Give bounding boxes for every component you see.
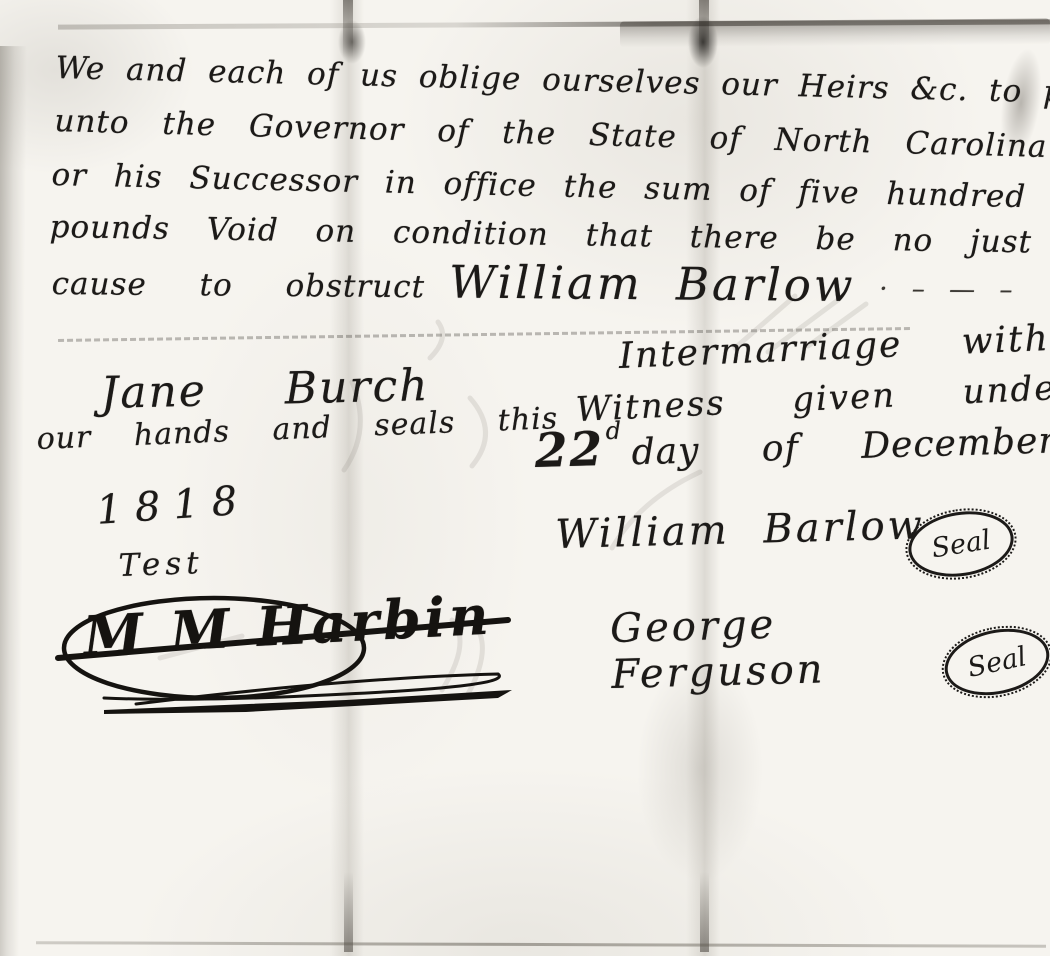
body-line-5-text: cause to obstruct	[52, 266, 426, 305]
paper-top-edge-shadow	[620, 18, 1050, 47]
seal-barlow-label: Seal	[929, 524, 992, 564]
trailing-dashes: · – — –	[879, 274, 1020, 305]
strikethrough-flourish	[46, 586, 526, 736]
day-number: 22	[534, 422, 605, 479]
body-line-5: cause to obstruct William Barlow · – — –	[52, 252, 1021, 313]
body-line-3: or his Successor in office the sum of fi…	[51, 157, 1026, 215]
signature-row-barlow: William Barlow Seal	[556, 512, 1014, 576]
signature-row-ferguson: George Ferguson Seal	[612, 606, 1050, 698]
groom-name: William Barlow	[449, 255, 856, 312]
paper-left-edge	[0, 46, 27, 956]
signature-name-barlow: William Barlow	[555, 502, 926, 558]
document-page: We and each of us oblige ourselves our H…	[0, 0, 1050, 956]
day-suffix: d	[605, 417, 621, 445]
signature-name-ferguson: George Ferguson	[610, 597, 962, 698]
intermarriage-line: Intermarriage with	[618, 318, 1050, 377]
seal-ferguson-label: Seal	[965, 641, 1029, 684]
date-rest: day of December	[631, 420, 1050, 473]
struck-clerk-signature: M M Harbin	[46, 586, 526, 736]
fold-smudge-right	[688, 16, 718, 68]
body-line-1: We and each of us oblige ourselves our H…	[55, 50, 1050, 112]
body-line-2: unto the Governor of the State of North …	[54, 103, 1048, 165]
date-line: 22 d day of December	[534, 409, 1050, 479]
attestation-label: Test	[118, 545, 204, 584]
year: 1818	[95, 477, 252, 534]
paper-bottom-edge	[36, 941, 1046, 948]
